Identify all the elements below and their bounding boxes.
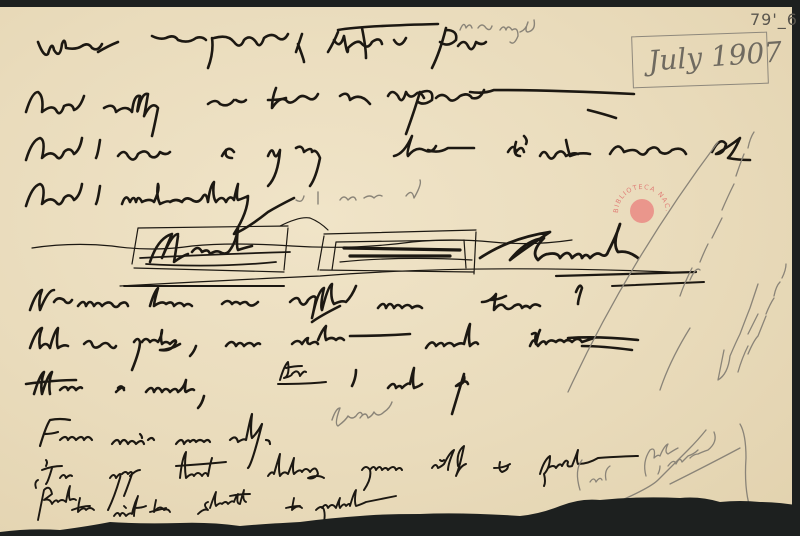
pencil-interlinear (296, 20, 534, 426)
